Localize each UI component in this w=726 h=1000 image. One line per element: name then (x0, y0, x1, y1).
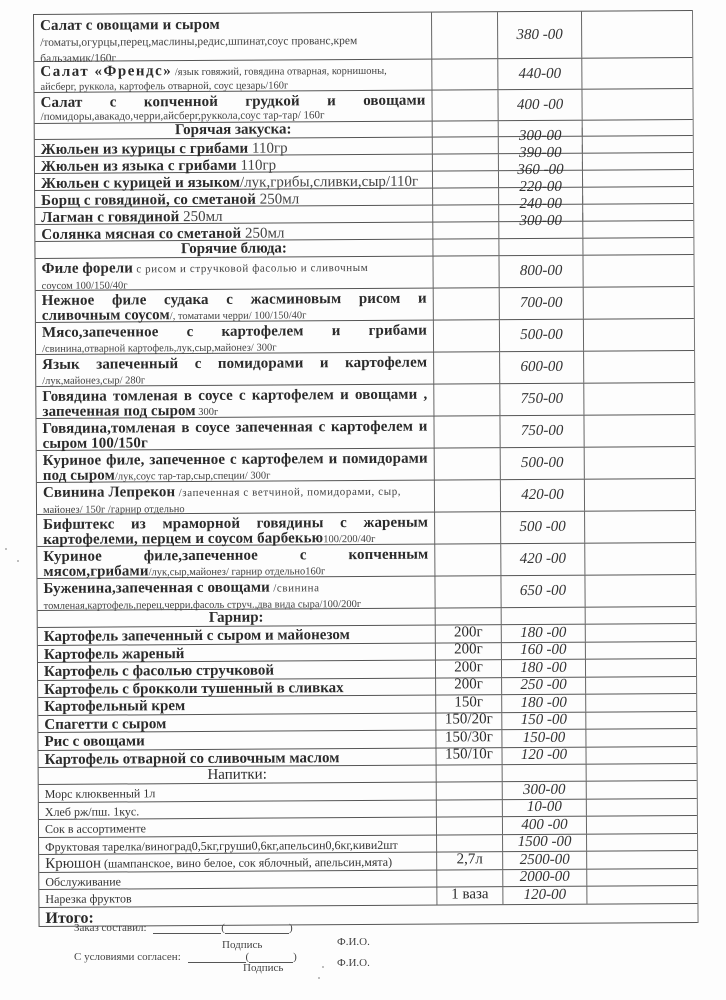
dish-price: 500 -00 (501, 512, 585, 544)
table-row: Бифштекс из мраморной говядины с жареным… (37, 510, 695, 546)
agreed-signature-field[interactable] (188, 962, 246, 963)
dish-weight: 150г (436, 695, 502, 712)
dish-weight: 1 ваза (437, 887, 503, 904)
ordered-by-signature-field[interactable] (153, 933, 221, 934)
dish-price: 1500 -00 (503, 834, 587, 851)
menu-order-form: Салат с овощами и сыром /томаты,огурцы,п… (0, 0, 726, 1000)
table-row: Свинина Лепрекон /запеченная с ветчиной,… (37, 478, 695, 514)
dish-price: 500-00 (500, 320, 584, 352)
dish-weight (437, 817, 503, 834)
dish-price: 650 -00 (501, 576, 585, 608)
ordered-by-name-field[interactable] (225, 933, 289, 934)
dish-price: 380 -00 (498, 12, 582, 59)
dish-weight: 150/30г (436, 730, 502, 747)
dish-name: Морс клюквенный 1л (45, 786, 156, 801)
dish-name: Картофель с брокколи тушенный в сливках (38, 678, 436, 697)
dish-price: 400 -00 (498, 90, 582, 121)
dish-desc: /запеченная с ветчиной, помидорами, сыр, (175, 486, 401, 499)
dish-name: Обслуживание (45, 874, 121, 888)
dish-name: Говядина,томленая в соусе запеченная с к… (42, 419, 427, 437)
dish-weight (437, 782, 503, 799)
menu-table: Салат с овощами и сыром /томаты,огурцы,п… (33, 10, 699, 927)
dish-name: Мясо,запеченное с картофелем и грибами (42, 323, 427, 341)
dish-desc: с рисом и стручковой фасолью и сливочным (133, 262, 368, 275)
dish-name: Фруктовая тарелка/виноград0,5кг,груши0,6… (45, 837, 398, 853)
dish-name: Картофель с фасолью стручковой (38, 661, 436, 680)
dish-desc: 250мл (241, 225, 284, 241)
dish-desc: 250мл (256, 191, 299, 207)
dish-desc: /язык говяжий, говядина отварная, корниш… (172, 66, 387, 78)
table-row: Куриное филе,запеченное с копченныммясом… (37, 542, 695, 578)
dish-price: 300-00 (503, 782, 587, 799)
dish-price: 120-00 (503, 887, 587, 904)
dish-price: 160 -00 (502, 642, 586, 659)
dish-desc: 300г (196, 407, 219, 418)
dish-price: 750-00 (500, 416, 584, 448)
table-row: Салат с овощами и сыром /томаты,огурцы,п… (34, 10, 692, 61)
signature-caption: Подпись (243, 962, 283, 974)
dish-name: Филе форели (42, 260, 133, 277)
agreed-label: С условиями согласен: (74, 951, 181, 963)
dish-price: 800-00 (499, 256, 583, 288)
dish-weight: 2,7л (437, 852, 503, 869)
dish-name: Нежное филе судака с жасминовым рисом и (42, 291, 427, 309)
table-row: Нежное филе судака с жасминовым рисом ис… (36, 286, 694, 322)
dish-name: Свинина Лепрекон (43, 484, 175, 501)
ordered-by-label: Заказ составил: (74, 922, 147, 934)
dish-name: Салат «Френдс» (40, 63, 172, 80)
dish-name: под сыром (43, 468, 115, 484)
dish-price: 10-00 (503, 799, 587, 816)
dish-desc: 110гр (237, 158, 276, 174)
dish-price: 180 -00 (502, 660, 586, 677)
table-row: Куриное филе, запеченное с картофелем и … (37, 446, 695, 482)
name-caption: Ф.И.О. (337, 957, 370, 969)
dish-weight: 150/10г (436, 748, 502, 765)
dish-weight (437, 870, 503, 887)
dish-name: Нарезка фруктов (45, 891, 131, 906)
signature-caption: Подпись (222, 939, 262, 951)
dish-name: Буженина,запеченная с овощами (43, 580, 269, 597)
name-caption: Ф.И.О. (337, 936, 370, 948)
dish-weight: 200г (436, 643, 502, 660)
dish-price: 420 -00 (501, 544, 585, 576)
ordered-by-line: Заказ составил: () (74, 922, 293, 934)
dish-weight: 200г (436, 678, 502, 695)
table-row: Филе форели с рисом и стручковой фасолью… (35, 254, 693, 290)
dish-name: Куриное филе,запеченное с копченным (43, 547, 428, 565)
dish-weight: 150/20г (436, 713, 502, 730)
table-row: Язык запеченный с помидорами и картофеле… (36, 350, 694, 386)
dish-name: Говядина томленая в соусе с картофелем и… (42, 387, 427, 405)
dish-price: 250 -00 (502, 677, 586, 694)
dish-desc: /, томатами черри/ 100/150/40г (170, 310, 307, 322)
dish-desc: 100/200/40г (323, 534, 375, 545)
table-row: Салат «Френдс» /язык говяжий, говядина о… (34, 57, 692, 92)
dish-name: Картофельный крем (38, 696, 436, 715)
dish-price: 150 -00 (502, 712, 586, 729)
table-row: Говядина томленая в соусе с картофелем и… (36, 382, 694, 418)
dish-price: 420-00 (501, 480, 585, 512)
dish-name: Спагетти с сыром (38, 713, 436, 732)
dish-price: 180 -00 (502, 625, 586, 642)
dish-desc: /свинина (270, 582, 320, 594)
dish-name: Крюшон (45, 856, 101, 872)
dish-name: Рис с овощами (38, 731, 436, 750)
dish-price: 180 -00 (502, 695, 586, 712)
table-row: Мясо,запеченное с картофелем и грибами/с… (36, 318, 694, 354)
dish-price: 400 -00 (503, 817, 587, 834)
dish-price: 600-00 (500, 352, 584, 384)
dish-name: Картофель запеченный с сыром и майонезом (38, 626, 436, 645)
table-row: Салат с копченной грудкой и овощами /пом… (34, 88, 692, 123)
table-row: Буженина,запеченная с овощами /свининато… (37, 574, 695, 610)
dish-price: 120 -00 (502, 747, 586, 764)
dish-name: Язык запеченный с помидорами и картофеле… (42, 355, 427, 373)
dish-name: Картофель жареный (38, 643, 436, 662)
dish-price: 440-00 (498, 59, 582, 90)
dish-weight: 200г (436, 625, 502, 642)
dish-weight (437, 800, 503, 817)
dish-name: Картофель отварной со сливочным маслом (38, 748, 436, 767)
dish-weight (437, 835, 503, 852)
dish-name: (шампанское, вино белое, сок яблочный, а… (101, 855, 392, 871)
dish-price: 500-00 (501, 448, 585, 480)
dish-name: Салат с овощами и сыром (40, 15, 425, 35)
dish-name: Хлеб рж/пш. 1кус. (45, 804, 139, 819)
dish-price: 750-00 (500, 384, 584, 416)
dish-price: 2000-00 (503, 869, 587, 886)
dish-name: Сок в ассортименте (45, 821, 146, 836)
dish-price: 2500-00 (503, 852, 587, 869)
dish-weight: 200г (436, 660, 502, 677)
table-row: Говядина,томленая в соусе запеченная с к… (36, 414, 694, 450)
dish-price: 300-00 (499, 213, 583, 239)
dish-price: 700-00 (500, 288, 584, 320)
dish-name: Салат с копченной грудкой и овощами (40, 93, 425, 111)
dish-desc: /лук,майонез,сыр/ 280г (42, 375, 145, 387)
dish-price: 150-00 (502, 730, 586, 747)
dish-desc: 250мл (179, 209, 222, 225)
dish-name: Куриное филе, запеченное с картофелем и … (43, 451, 428, 469)
dish-desc: 110гр (248, 140, 287, 156)
